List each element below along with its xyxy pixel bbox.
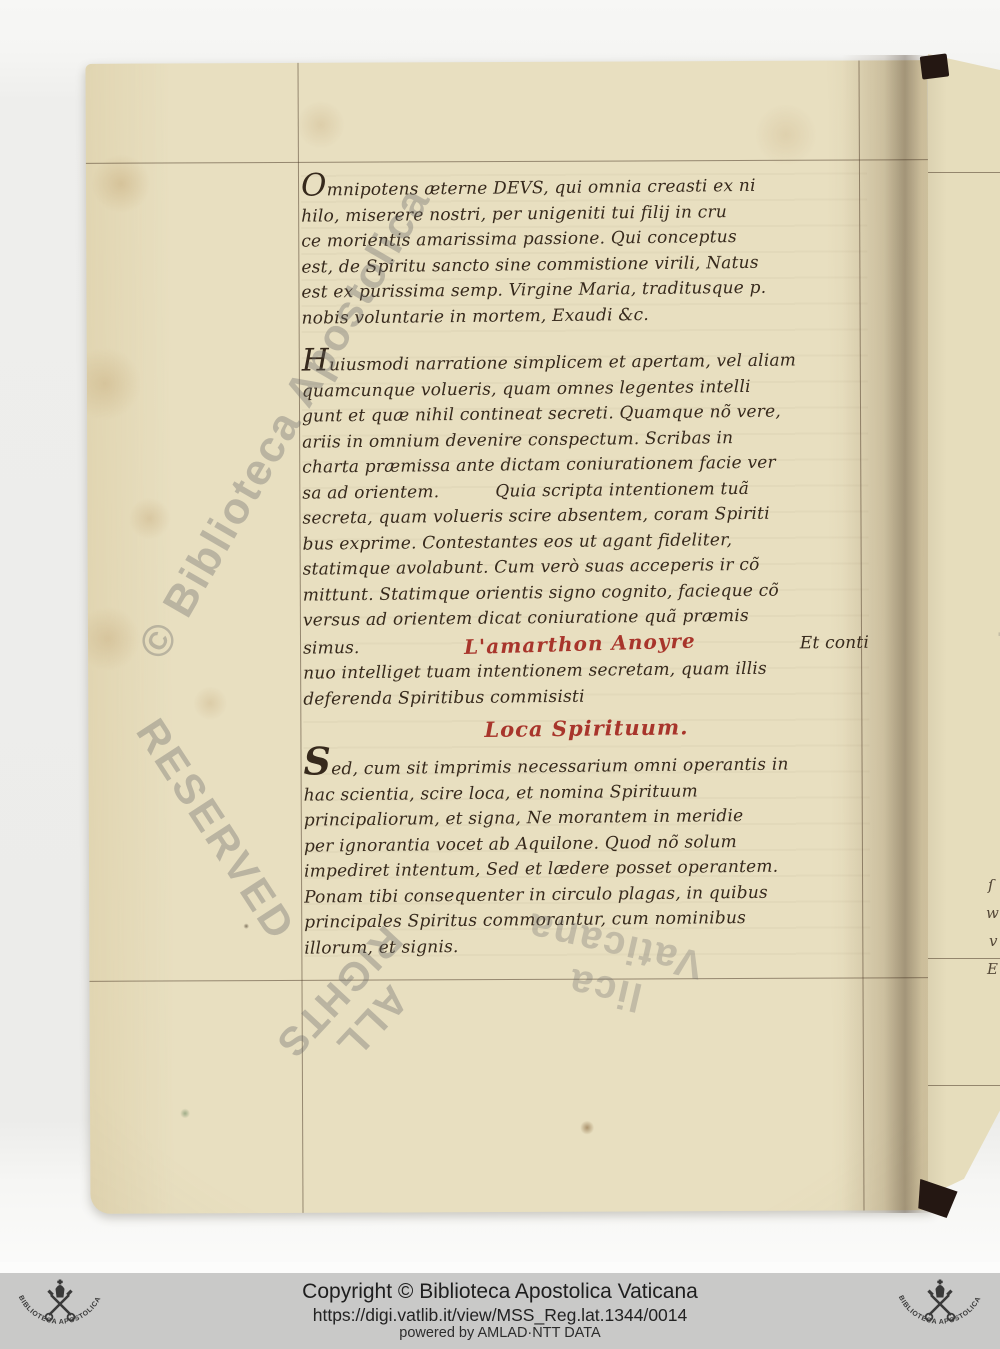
footer-powered-by: powered by AMLAD·NTT DATA	[399, 1325, 600, 1342]
facing-page-ink-mark: w	[986, 904, 999, 922]
svg-text:BIBLIOTECA APOSTOLICA VATICANA: BIBLIOTECA APOSTOLICA VATICANA	[8, 1279, 104, 1326]
vatican-library-logo-right: BIBLIOTECA APOSTOLICA VATICANA	[888, 1279, 992, 1343]
facing-page-edge: ſ w v E	[928, 54, 1000, 1196]
facing-page-rule	[928, 958, 1000, 959]
margin-rule-horizontal-bottom	[89, 977, 931, 982]
spine-binding-mark-bottom	[914, 1179, 958, 1219]
redline-suffix: Et conti	[800, 630, 869, 656]
facing-page-ink-mark: E	[987, 960, 998, 978]
facing-page-rule	[928, 1085, 1000, 1086]
footer-text: Copyright © Biblioteca Apostolica Vatica…	[302, 1280, 698, 1343]
manuscript-page: Omnipotens æterne DEVS, qui omnia creast…	[85, 60, 932, 1214]
facing-page-ink-mark: v	[989, 932, 997, 950]
scan-backdrop: Omnipotens æterne DEVS, qui omnia creast…	[0, 0, 1000, 1272]
manuscript-line: nobis voluntarie in mortem, Exaudi &c.	[301, 300, 867, 331]
footer-copyright-line: Copyright © Biblioteca Apostolica Vatica…	[302, 1280, 698, 1305]
manuscript-text-block: Omnipotens æterne DEVS, qui omnia creast…	[301, 172, 870, 959]
red-section-heading: Loca Spirituum.	[303, 710, 869, 747]
logo-curved-text: BIBLIOTECA APOSTOLICA VATICANA	[8, 1279, 104, 1326]
footer-separator-strip	[0, 1262, 1000, 1273]
vatican-library-logo-left: BIBLIOTECA APOSTOLICA VATICANA	[8, 1279, 112, 1343]
redline-prefix: simus.	[303, 636, 360, 662]
papal-keys-tiara-emblem	[46, 1280, 75, 1320]
facing-page-ink-mark: ſ	[988, 876, 994, 894]
manuscript-line: deferenda Spiritibus commisisti	[303, 681, 869, 712]
svg-text:BIBLIOTECA APOSTOLICA VATICANA: BIBLIOTECA APOSTOLICA VATICANA	[888, 1279, 984, 1326]
papal-keys-tiara-emblem	[926, 1280, 955, 1320]
red-invocation-text: L'amarthon Anoyre	[464, 628, 696, 659]
footer-bar: BIBLIOTECA APOSTOLICA VATICANA Copyright…	[0, 1273, 1000, 1349]
facing-page-rule	[928, 172, 1000, 173]
logo-curved-text: BIBLIOTECA APOSTOLICA VATICANA	[888, 1279, 984, 1326]
manuscript-line: illorum, et signis.	[304, 930, 870, 961]
footer-manuscript-url: https://digi.vatlib.it/view/MSS_Reg.lat.…	[313, 1305, 688, 1326]
margin-rule-horizontal-top	[86, 159, 928, 164]
spine-binding-mark-top	[920, 53, 950, 79]
